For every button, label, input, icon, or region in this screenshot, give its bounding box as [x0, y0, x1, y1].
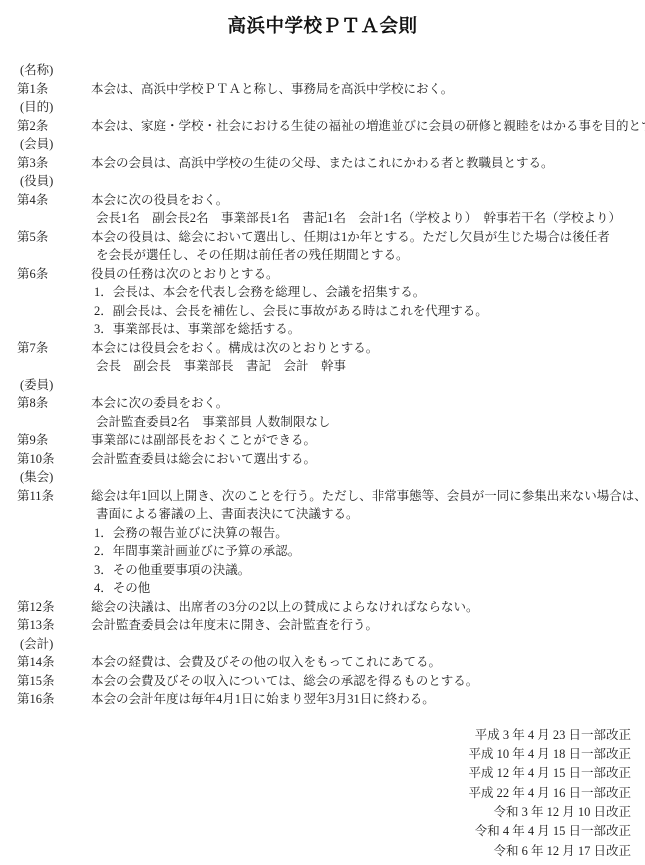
- numbered-item: 3．事業部長は、事業部を総括する。: [17, 320, 645, 339]
- section-heading: (集会): [17, 468, 645, 487]
- article-line: 第7条本会には役員会をおく。構成は次のとおりとする。: [17, 339, 645, 358]
- article-text: 会長1名 副会長2名 事業部長1名 書記1名 会計1名（学校より） 幹事若干名（…: [91, 209, 645, 228]
- article-number: 第15条: [17, 672, 91, 691]
- numbered-item-text: 2．副会長は、会長を補佐し、会長に事故がある時はこれを代理する。: [91, 302, 645, 321]
- continuation-line: 書面による審議の上、書面表決にて決議する。: [17, 505, 645, 524]
- numbered-item-text: 3．その他重要事項の決議。: [91, 561, 645, 580]
- numbered-item: 1．会務の報告並びに決算の報告。: [17, 524, 645, 543]
- article-number: 第6条: [17, 265, 91, 284]
- article-number: 第12条: [17, 598, 91, 617]
- article-text: 本会は、家庭・学校・社会における生徒の福祉の増進並びに会員の研修と親睦をはかる事…: [91, 117, 645, 136]
- revision-entry: 平成 12 年 4 月 15 日一部改正: [0, 764, 631, 783]
- article-number: 第10条: [17, 450, 91, 469]
- section-heading-label: (委員): [17, 376, 91, 395]
- article-line: 第8条本会に次の委員をおく。: [17, 394, 645, 413]
- page-title: 高浜中学校ＰＴＡ会則: [0, 0, 645, 37]
- revision-history: 平成 3 年 4 月 23 日一部改正 平成 10 年 4 月 18 日一部改正…: [0, 726, 645, 862]
- section-heading-label: (集会): [17, 468, 91, 487]
- article-text: 本会の会計年度は毎年4月1日に始まり翌年3月31日に終わる。: [91, 690, 645, 709]
- article-line: 第16条本会の会計年度は毎年4月1日に始まり翌年3月31日に終わる。: [17, 690, 645, 709]
- revision-entry: 平成 22 年 4 月 16 日一部改正: [0, 784, 631, 803]
- article-text: 役員の任務は次のとおりとする。: [91, 265, 645, 284]
- continuation-line: を会長が選任し、その任期は前任者の残任期間とする。: [17, 246, 645, 265]
- article-text: 会計監査委員会は年度末に開き、会計監査を行う。: [91, 616, 645, 635]
- article-text: 本会の会員は、高浜中学校の生徒の父母、またはこれにかわる者と教職員とする。: [91, 154, 645, 173]
- article-line: 第12条総会の決議は、出席者の3分の2以上の賛成によらなければならない。: [17, 598, 645, 617]
- continuation-line: 会計監査委員2名 事業部員 人数制限なし: [17, 413, 645, 432]
- article-text: 会長 副会長 事業部長 書記 会計 幹事: [91, 357, 645, 376]
- article-number: 第5条: [17, 228, 91, 247]
- numbered-item: 1．会長は、本会を代表し会務を総理し、会議を招集する。: [17, 283, 645, 302]
- revision-entry: 令和 3 年 12 月 10 日改正: [0, 803, 631, 822]
- numbered-item: 2．年間事業計画並びに予算の承認。: [17, 542, 645, 561]
- numbered-item-text: 1．会務の報告並びに決算の報告。: [91, 524, 645, 543]
- section-heading-label: (名称): [17, 61, 91, 80]
- continuation-line: 会長1名 副会長2名 事業部長1名 書記1名 会計1名（学校より） 幹事若干名（…: [17, 209, 645, 228]
- document-page: 高浜中学校ＰＴＡ会則 (名称) 第1条本会は、高浜中学校ＰＴＡと称し、事務局を高…: [0, 0, 645, 865]
- article-line: 第11条総会は年1回以上開き、次のことを行う。ただし、非常事態等、会員が一同に参…: [17, 487, 645, 506]
- continuation-line: 会長 副会長 事業部長 書記 会計 幹事: [17, 357, 645, 376]
- article-text: 書面による審議の上、書面表決にて決議する。: [91, 505, 645, 524]
- article-text: 本会の会費及びその収入については、総会の承認を得るものとする。: [91, 672, 645, 691]
- article-number: 第4条: [17, 191, 91, 210]
- numbered-item: 2．副会長は、会長を補佐し、会長に事故がある時はこれを代理する。: [17, 302, 645, 321]
- revision-entry: 平成 10 年 4 月 18 日一部改正: [0, 745, 631, 764]
- article-line: 第13条会計監査委員会は年度末に開き、会計監査を行う。: [17, 616, 645, 635]
- article-number: 第1条: [17, 80, 91, 99]
- article-line: 第6条役員の任務は次のとおりとする。: [17, 265, 645, 284]
- article-text: 本会の役員は、総会において選出し、任期は1か年とする。ただし欠員が生じた場合は後…: [91, 228, 645, 247]
- article-number: 第13条: [17, 616, 91, 635]
- numbered-item-text: 2．年間事業計画並びに予算の承認。: [91, 542, 645, 561]
- section-heading-label: (目的): [17, 98, 91, 117]
- document-body: (名称) 第1条本会は、高浜中学校ＰＴＡと称し、事務局を高浜中学校におく。 (目…: [0, 61, 645, 709]
- article-text: 本会は、高浜中学校ＰＴＡと称し、事務局を高浜中学校におく。: [91, 80, 645, 99]
- numbered-item: 3．その他重要事項の決議。: [17, 561, 645, 580]
- numbered-item-text: 4．その他: [91, 579, 645, 598]
- section-heading-label: (会員): [17, 135, 91, 154]
- article-line: 第2条本会は、家庭・学校・社会における生徒の福祉の増進並びに会員の研修と親睦をは…: [17, 117, 645, 136]
- article-number: 第3条: [17, 154, 91, 173]
- article-text: を会長が選任し、その任期は前任者の残任期間とする。: [91, 246, 645, 265]
- article-text: 総会の決議は、出席者の3分の2以上の賛成によらなければならない。: [91, 598, 645, 617]
- article-text: 会計監査委員は総会において選出する。: [91, 450, 645, 469]
- article-line: 第15条本会の会費及びその収入については、総会の承認を得るものとする。: [17, 672, 645, 691]
- section-heading: (名称): [17, 61, 645, 80]
- numbered-item-text: 1．会長は、本会を代表し会務を総理し、会議を招集する。: [91, 283, 645, 302]
- revision-entry: 平成 3 年 4 月 23 日一部改正: [0, 726, 631, 745]
- section-heading: (目的): [17, 98, 645, 117]
- article-text: 会計監査委員2名 事業部員 人数制限なし: [91, 413, 645, 432]
- article-line: 第10条会計監査委員は総会において選出する。: [17, 450, 645, 469]
- article-text: 事業部には副部長をおくことができる。: [91, 431, 645, 450]
- article-text: 本会に次の委員をおく。: [91, 394, 645, 413]
- article-number: 第8条: [17, 394, 91, 413]
- section-heading-label: (役員): [17, 172, 91, 191]
- article-line: 第1条本会は、高浜中学校ＰＴＡと称し、事務局を高浜中学校におく。: [17, 80, 645, 99]
- article-number: 第16条: [17, 690, 91, 709]
- section-heading: (委員): [17, 376, 645, 395]
- section-heading-label: (会計): [17, 635, 91, 654]
- article-number: 第2条: [17, 117, 91, 136]
- article-number: 第11条: [17, 487, 91, 506]
- article-line: 第3条本会の会員は、高浜中学校の生徒の父母、またはこれにかわる者と教職員とする。: [17, 154, 645, 173]
- article-text: 本会には役員会をおく。構成は次のとおりとする。: [91, 339, 645, 358]
- section-heading: (会計): [17, 635, 645, 654]
- section-heading: (会員): [17, 135, 645, 154]
- article-number: 第9条: [17, 431, 91, 450]
- article-line: 第5条本会の役員は、総会において選出し、任期は1か年とする。ただし欠員が生じた場…: [17, 228, 645, 247]
- article-number: 第7条: [17, 339, 91, 358]
- article-text: 総会は年1回以上開き、次のことを行う。ただし、非常事態等、会員が一同に参集出来な…: [91, 487, 645, 506]
- numbered-item: 4．その他: [17, 579, 645, 598]
- revision-entry: 令和 6 年 12 月 17 日改正: [0, 842, 631, 861]
- article-text: 本会の経費は、会費及びその他の収入をもってこれにあてる。: [91, 653, 645, 672]
- section-heading: (役員): [17, 172, 645, 191]
- article-text: 本会に次の役員をおく。: [91, 191, 645, 210]
- numbered-item-text: 3．事業部長は、事業部を総括する。: [91, 320, 645, 339]
- revision-entry: 令和 4 年 4 月 15 日一部改正: [0, 822, 631, 841]
- article-line: 第9条事業部には副部長をおくことができる。: [17, 431, 645, 450]
- article-number: 第14条: [17, 653, 91, 672]
- article-line: 第4条本会に次の役員をおく。: [17, 191, 645, 210]
- article-line: 第14条本会の経費は、会費及びその他の収入をもってこれにあてる。: [17, 653, 645, 672]
